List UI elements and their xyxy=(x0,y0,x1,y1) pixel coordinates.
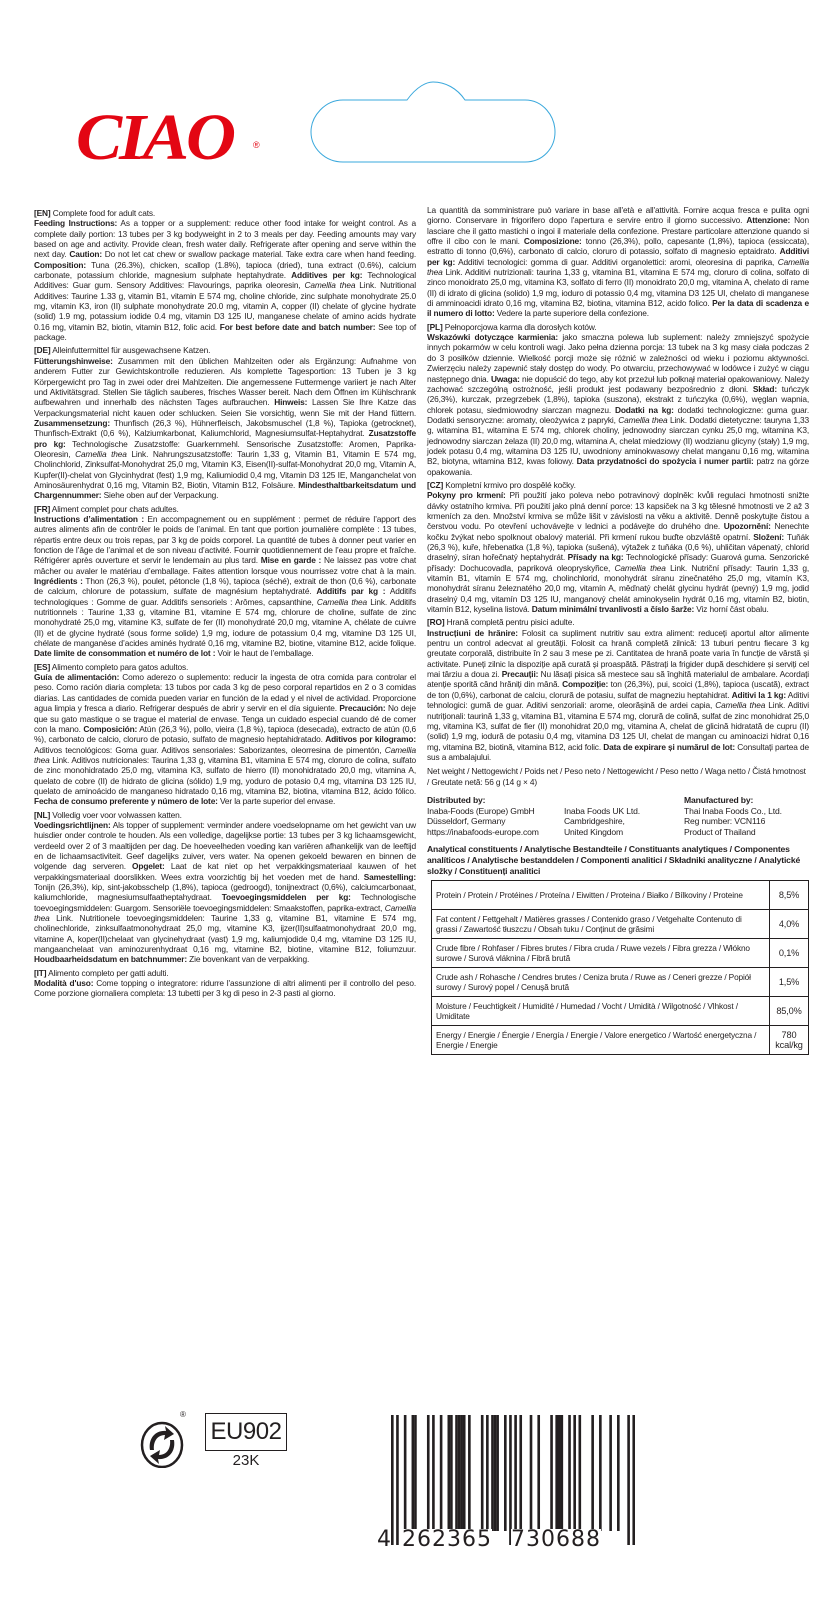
table-row: Crude fibre / Rohfaser / Fibres brutes /… xyxy=(432,939,809,968)
body-text: Do not let cat chew or swallow package m… xyxy=(102,249,416,259)
barcode-digit-first: 4 xyxy=(377,1529,392,1551)
language-code: [FR] xyxy=(34,504,50,514)
language-code: [IT] xyxy=(34,968,46,978)
product-description: Alleinfuttermittel für ausgewachsene Kat… xyxy=(51,345,211,355)
constituent-label: Energy / Energie / Énergie / Energía / E… xyxy=(432,1026,770,1055)
section-heading: Precaución: xyxy=(339,703,385,713)
section-heading: Toevoegingsmiddelen per kg: xyxy=(222,892,351,902)
section-heading: Opgelet: xyxy=(132,861,165,871)
distributor-eu: Distributed by: Inaba-Foods (Europe) Gmb… xyxy=(427,795,564,837)
table-row: Crude ash / Rohasche / Cendres brutes / … xyxy=(432,968,809,997)
section-heading: Additives per kg: xyxy=(291,270,362,280)
eu-code-sub: 23K xyxy=(205,1452,287,1469)
distributor-eu-url: https://inabafoods-europe.com xyxy=(427,827,564,838)
manufactured-by-label: Manufactured by: xyxy=(684,795,809,806)
section-heading: Mise en garde : xyxy=(261,555,321,565)
language-section: [RO] Hrană completă pentru pisici adulte… xyxy=(427,617,809,762)
product-description: Hrană completă pentru pisici adulte. xyxy=(444,617,574,627)
distributor-uk-line: Inaba Foods UK Ltd. xyxy=(564,806,684,817)
language-section: [CZ] Kompletní krmivo pro dospělé kočky.… xyxy=(427,480,809,614)
section-heading: Instructions d’alimentation : xyxy=(34,514,144,524)
italic-term: Camellia thea xyxy=(618,415,667,425)
recycle-registered-mark: ® xyxy=(180,1410,186,1419)
constituent-value: 85,0% xyxy=(770,997,809,1026)
section-heading: Attenzione: xyxy=(746,215,790,225)
product-description: Aliment complet pour chats adultes. xyxy=(50,504,179,514)
barcode-group-right: 730688 xyxy=(511,1529,601,1551)
right-paragraphs: La quantità da somministrare può variare… xyxy=(427,205,809,762)
section-heading: Compoziție: xyxy=(562,679,608,689)
body-text: Vedere la parte superiore della confezio… xyxy=(495,308,649,318)
section-heading: Guía de alimentación: xyxy=(34,672,119,682)
ciao-logo: CIAO ® xyxy=(76,96,276,180)
green-dot-recycle-icon xyxy=(140,1420,184,1468)
language-section: [NL] Volledig voer voor volwassen katten… xyxy=(34,810,416,965)
body-text: Siehe oben auf der Verpackung. xyxy=(101,490,218,500)
constituent-value: 0,1% xyxy=(770,939,809,968)
analytical-constituents-table: Protein / Protein / Protéines / Proteína… xyxy=(431,880,809,1055)
table-row: Energy / Energie / Énergie / Energía / E… xyxy=(432,1026,809,1055)
section-heading: Datum minimální trvanlivosti a číslo šar… xyxy=(532,604,694,614)
language-section: [ES] Alimento completo para gatos adulto… xyxy=(34,662,416,807)
body-text: Link. Nutritionele toevoegingsmiddelen: … xyxy=(34,913,416,954)
section-heading: Pokyny pro krmení: xyxy=(427,490,506,500)
constituent-value: 8,5% xyxy=(770,881,809,910)
manufacturer-line: Reg number: VCN116 xyxy=(684,816,809,827)
section-heading: For best before date and batch number: xyxy=(220,322,376,332)
section-heading: Additifs par kg : xyxy=(316,586,385,596)
language-code: [DE] xyxy=(34,345,51,355)
section-heading: Houdbaarheidsdatum en batchnummer: xyxy=(34,954,187,964)
language-code: [NL] xyxy=(34,810,50,820)
language-section: La quantità da somministrare può variare… xyxy=(427,205,809,319)
language-code: [EN] xyxy=(34,208,51,218)
section-heading: Ingrédients : xyxy=(34,576,83,586)
language-code: [PL] xyxy=(427,322,443,332)
constituent-value: 4,0% xyxy=(770,910,809,939)
net-weight: Net weight / Nettogewicht / Poids net / … xyxy=(427,766,809,787)
language-section: [IT] Alimento completo per gatti adulti.… xyxy=(34,968,416,999)
ean-barcode: 4 262365 730688 xyxy=(381,1415,639,1560)
body-text: Viz horní část obalu. xyxy=(694,604,768,614)
analytical-constituents-title: Analytical constituents / Analytische Be… xyxy=(427,844,809,876)
section-heading: Data de expirare și numărul de lot: xyxy=(603,742,735,752)
constituent-value: 780 kcal/kg xyxy=(770,1026,809,1055)
language-section: [PL] Pełnoporcjowa karma dla dorosłych k… xyxy=(427,322,809,477)
constituent-label: Crude ash / Rohasche / Cendres brutes / … xyxy=(432,968,770,997)
section-heading: Zusammensetzung: xyxy=(34,418,110,428)
manufacturer-line: Product of Thailand xyxy=(684,827,809,838)
section-heading: Fecha de consumo preferente y número de … xyxy=(34,796,218,806)
section-heading: Composición: xyxy=(83,724,137,734)
logo-text: CIAO xyxy=(76,96,233,180)
right-text-column: La quantità da somministrare può variare… xyxy=(427,205,809,1055)
language-section: [DE] Alleinfuttermittel für ausgewachsen… xyxy=(34,345,416,500)
section-heading: Caution: xyxy=(69,249,102,259)
constituent-label: Protein / Protein / Protéines / Proteína… xyxy=(432,881,770,910)
manufacturer-line: Thai Inaba Foods Co., Ltd. xyxy=(684,806,809,817)
section-heading: Feeding Instructions: xyxy=(34,218,117,228)
product-description: Alimento completo per gatti adulti. xyxy=(46,968,168,978)
section-heading: Samestelling: xyxy=(364,872,416,882)
constituent-value: 1,5% xyxy=(770,968,809,997)
table-row: Moisture / Feuchtigkeit / Humidité / Hum… xyxy=(432,997,809,1026)
distributor-uk-line: Cambridgeshire, xyxy=(564,816,684,827)
section-heading: Přísady na kg: xyxy=(568,552,624,562)
distribution-block: Distributed by: Inaba-Foods (Europe) Gmb… xyxy=(427,795,809,837)
section-heading: Upozornění: xyxy=(724,521,771,531)
product-description: Volledig voer voor volwassen katten. xyxy=(50,810,182,820)
section-heading: Hinweis: xyxy=(274,397,307,407)
manufacturer: Manufactured by: Thai Inaba Foods Co., L… xyxy=(684,795,809,837)
section-heading: Date limite de consommation et numéro de… xyxy=(34,648,215,658)
table-row: Fat content / Fettgehalt / Matières gras… xyxy=(432,910,809,939)
constituent-label: Moisture / Feuchtigkeit / Humidité / Hum… xyxy=(432,997,770,1026)
italic-term: Camellia thea xyxy=(304,280,355,290)
distributor-eu-line: Inaba-Foods (Europe) GmbH xyxy=(427,806,564,817)
language-section: [EN] Complete food for adult cats.Feedin… xyxy=(34,208,416,342)
language-code: [ES] xyxy=(34,662,50,672)
section-heading: Složení: xyxy=(753,532,784,542)
section-heading: Skład: xyxy=(753,384,777,394)
distributor-uk-line: United Kingdom xyxy=(564,827,684,838)
italic-term: Camellia thea xyxy=(715,700,765,710)
constituent-label: Fat content / Fettgehalt / Matières gras… xyxy=(432,910,770,939)
body-text: Zie bovenkant van de verpakking. xyxy=(187,954,309,964)
constituent-label: Crude fibre / Rohfaser / Fibres brutes /… xyxy=(432,939,770,968)
section-heading: Instrucțiuni de hrănire: xyxy=(427,628,518,638)
hang-hole-outline xyxy=(305,80,561,166)
section-heading: Composizione: xyxy=(524,236,582,246)
language-code: [CZ] xyxy=(427,480,443,490)
left-text-column: [EN] Complete food for adult cats.Feedin… xyxy=(34,208,416,1002)
product-description: Kompletní krmivo pro dospělé kočky. xyxy=(443,480,576,490)
section-heading: Wskazówki dotyczące karmienia: xyxy=(427,332,558,342)
italic-term: Camellia thea xyxy=(317,597,367,607)
language-section: [FR] Aliment complet pour chats adultes.… xyxy=(34,504,416,659)
product-description: Pełnoporcjowa karma dla dorosłych kotów. xyxy=(443,322,597,332)
section-heading: Precauții: xyxy=(502,669,539,679)
section-heading: Composition: xyxy=(34,260,86,270)
section-heading: Aditivi la 1 kg: xyxy=(732,690,786,700)
distributor-eu-line: Düsseldorf, Germany xyxy=(427,816,564,827)
barcode-group-left: 262365 xyxy=(402,1529,492,1551)
language-code: [RO] xyxy=(427,617,444,627)
body-text: Voir le haut de l’emballage. xyxy=(215,648,313,658)
barcode-bars xyxy=(391,1415,635,1545)
section-heading: Voedingsrichtlijnen: xyxy=(34,820,111,830)
italic-term: Camellia thea xyxy=(75,449,127,459)
body-text: Additivi tecnologici: gomma di guar. Add… xyxy=(455,257,778,267)
product-description: Alimento completo para gatos adultos. xyxy=(50,662,188,672)
distributed-by-label: Distributed by: xyxy=(427,795,564,806)
eu-code-box: EU902 xyxy=(205,1413,287,1451)
product-description: Complete food for adult cats. xyxy=(51,208,156,218)
section-heading: Uwaga: xyxy=(491,374,520,384)
italic-term: Camellia thea xyxy=(615,563,666,573)
section-heading: Aditivos por kilogramo: xyxy=(325,734,416,744)
section-heading: Dodatki na kg: xyxy=(615,405,674,415)
body-text: Ver la parte superior del envase. xyxy=(218,796,335,806)
registered-mark: ® xyxy=(253,140,260,150)
section-heading: Modalità d'uso: xyxy=(34,978,93,988)
distributor-uk: Inaba Foods UK Ltd. Cambridgeshire, Unit… xyxy=(564,795,684,837)
table-row: Protein / Protein / Protéines / Proteína… xyxy=(432,881,809,910)
section-heading: Data przydatności do spożycia i numer pa… xyxy=(577,456,754,466)
body-text: Link. Aditivos nutricionales: Taurina 1,… xyxy=(34,755,416,796)
section-heading: Fütterungshinweise: xyxy=(34,356,113,366)
body-text: Aditivos tecnológicos: Goma guar. Aditiv… xyxy=(34,745,385,755)
